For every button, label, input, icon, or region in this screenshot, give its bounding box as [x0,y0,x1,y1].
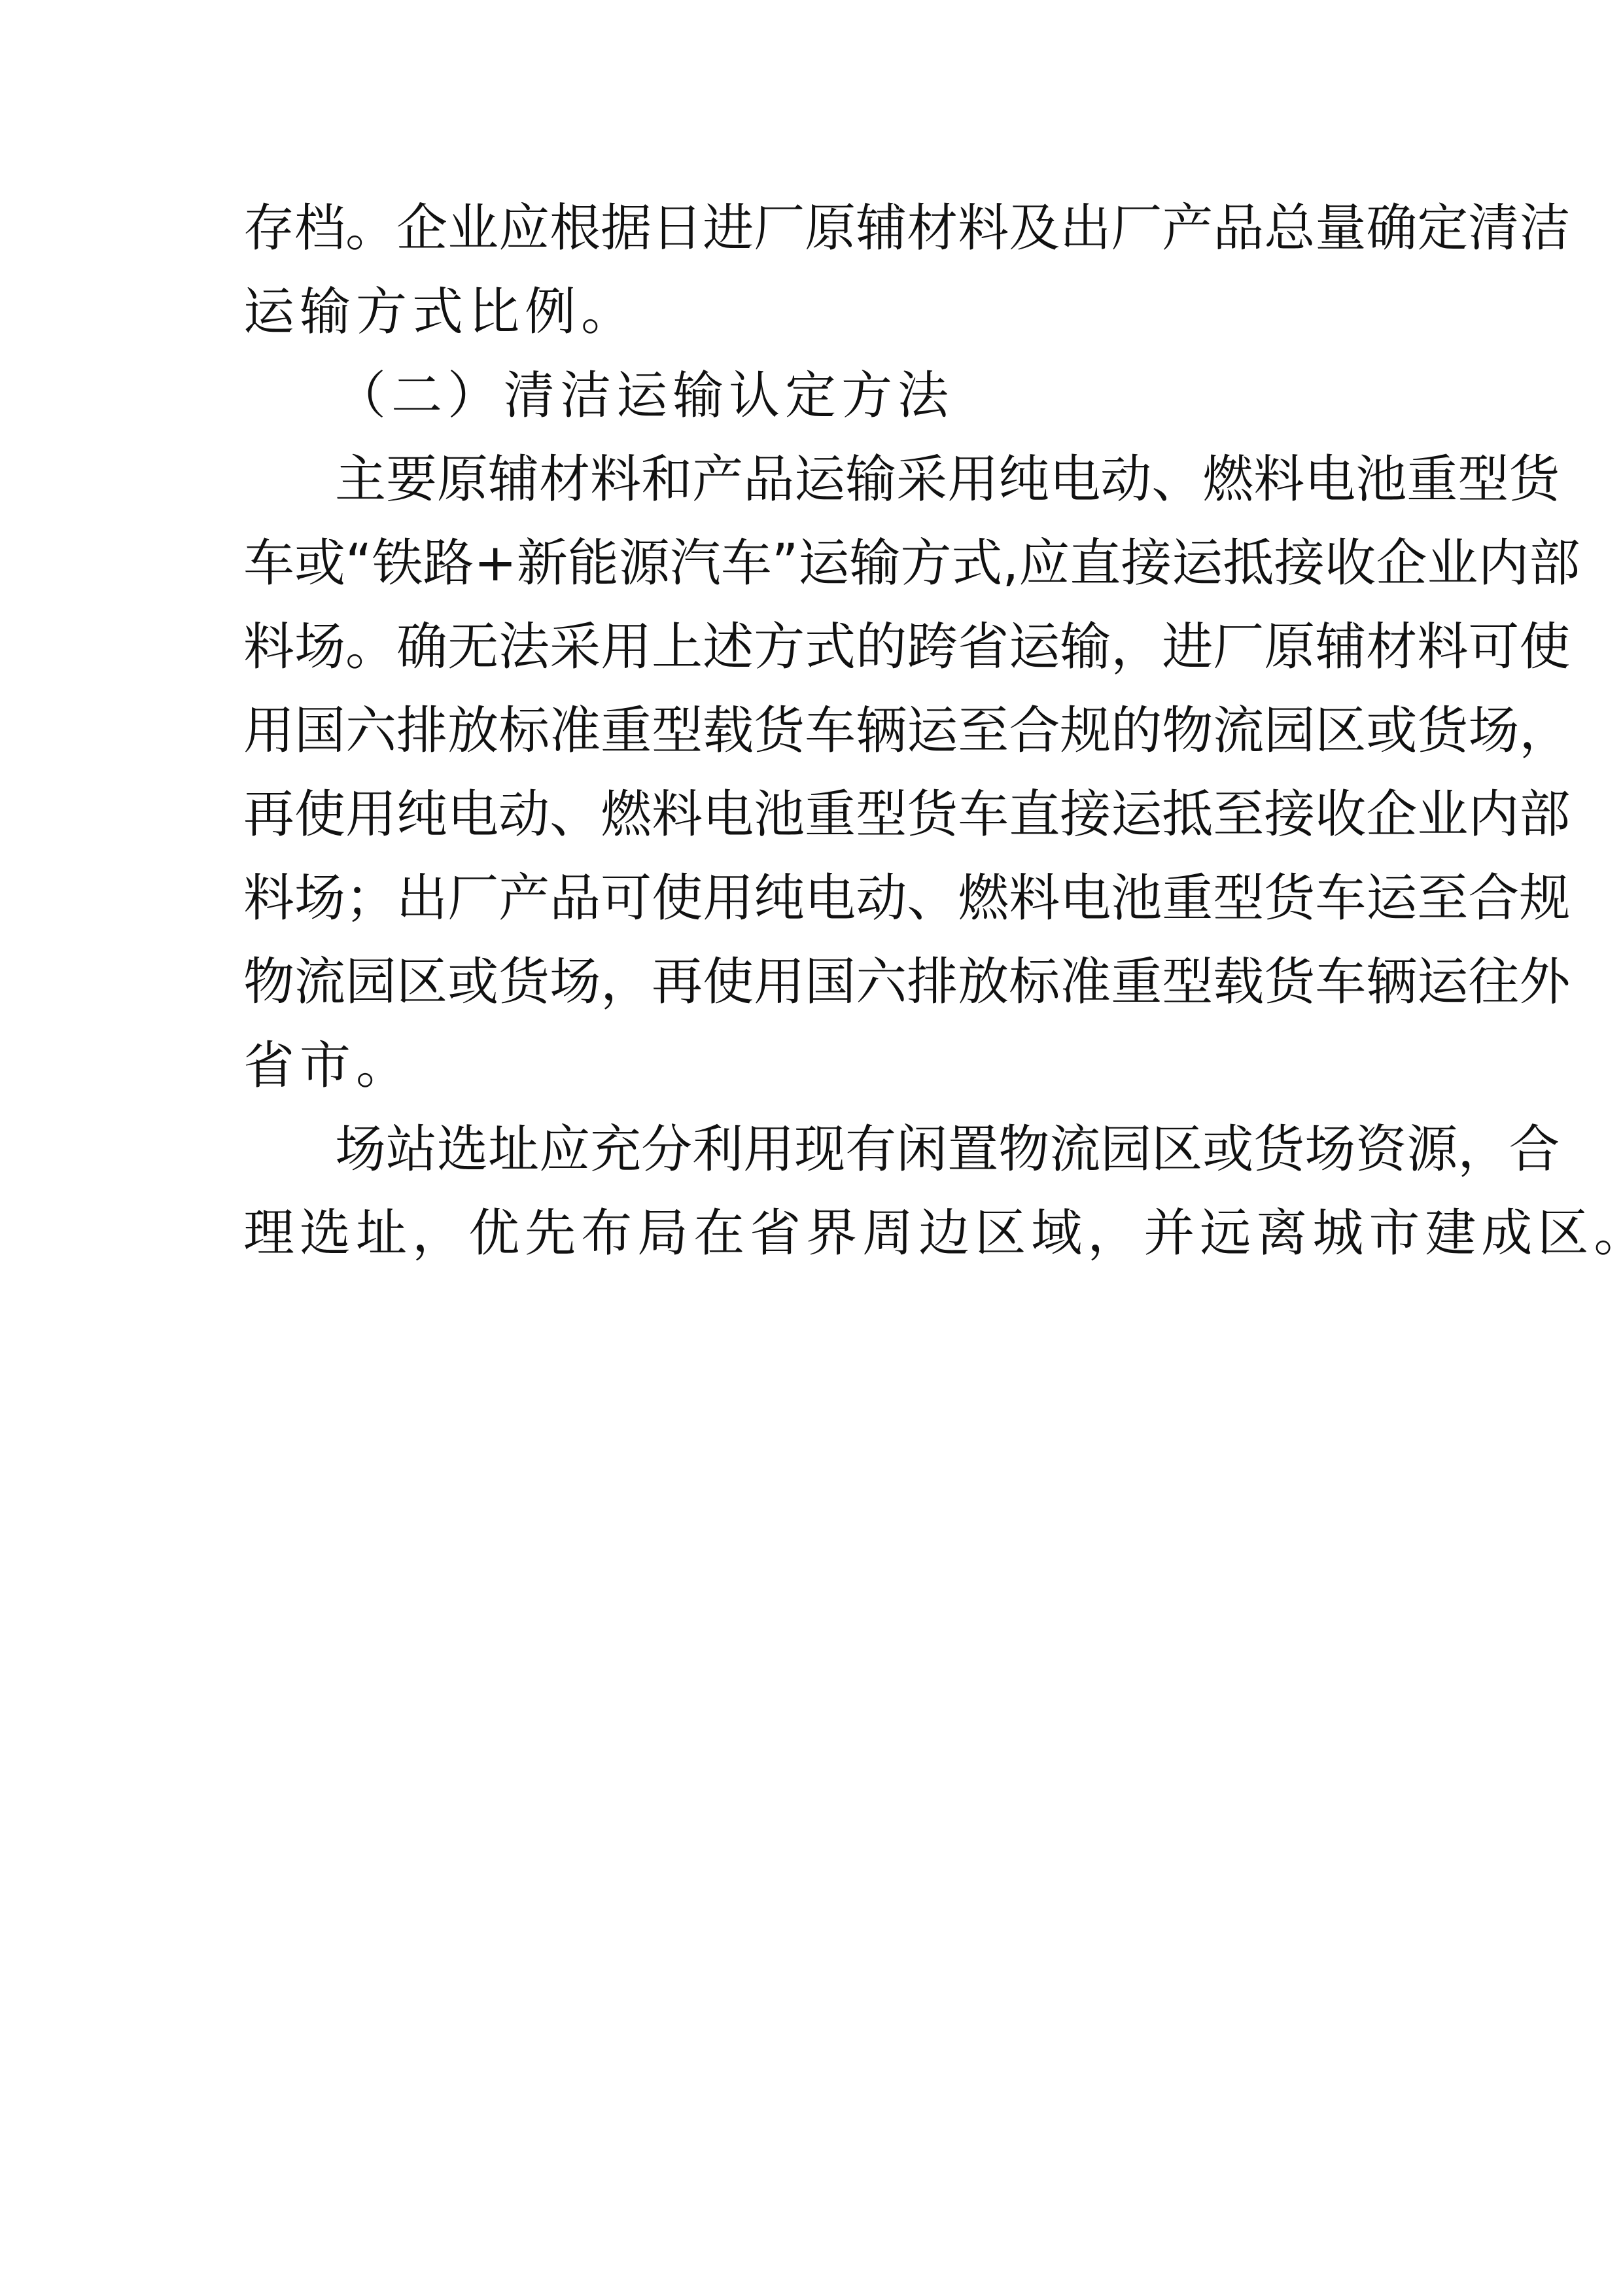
text-line: （二）清洁运输认定方法 [243,354,1383,438]
text-line: 主要原辅材料和产品运输采用纯电动、燃料电池重型货 [243,438,1383,521]
text-line: 料场。确无法采用上述方式的跨省运输，进厂原辅材料可使 [243,605,1383,689]
paragraph: 主要原辅材料和产品运输采用纯电动、燃料电池重型货车或“铁路+新能源汽车”运输方式… [243,438,1383,1108]
text-line: 省市。 [243,1024,1383,1108]
text-line: 理选址，优先布局在省界周边区域，并远离城市建成区。 [243,1192,1383,1275]
text-line: 用国六排放标准重型载货车辆运至合规的物流园区或货场， [243,689,1383,773]
text-line: 车或“铁路+新能源汽车”运输方式,应直接运抵接收企业内部 [243,521,1383,605]
paragraph: 场站选址应充分利用现有闲置物流园区或货场资源，合理选址，优先布局在省界周边区域，… [243,1108,1383,1275]
paragraph: 存档。企业应根据日进厂原辅材料及出厂产品总量确定清洁运输方式比例。 [243,186,1383,354]
text-line: 物流园区或货场，再使用国六排放标准重型载货车辆运往外 [243,940,1383,1024]
text-line: 场站选址应充分利用现有闲置物流园区或货场资源，合 [243,1108,1383,1192]
section-heading: （二）清洁运输认定方法 [243,354,1383,438]
text-line: 运输方式比例。 [243,270,1383,354]
document-body: 存档。企业应根据日进厂原辅材料及出厂产品总量确定清洁运输方式比例。（二）清洁运输… [243,186,1383,1275]
text-line: 再使用纯电动、燃料电池重型货车直接运抵至接收企业内部 [243,773,1383,857]
document-page: 存档。企业应根据日进厂原辅材料及出厂产品总量确定清洁运输方式比例。（二）清洁运输… [0,0,1623,2296]
text-line: 存档。企业应根据日进厂原辅材料及出厂产品总量确定清洁 [243,186,1383,270]
text-line: 料场；出厂产品可使用纯电动、燃料电池重型货车运至合规 [243,857,1383,940]
